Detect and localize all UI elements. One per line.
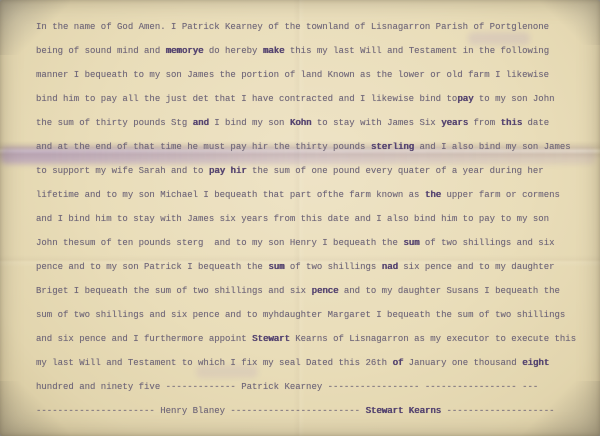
typed-text: pence and to my son Patrick I bequeath t…: [36, 262, 268, 272]
overstruck-text: pence: [311, 286, 338, 296]
text-line: lifetime and to my son Michael I bequeat…: [36, 183, 580, 207]
overstruck-text: Stewart Kearns: [365, 406, 441, 416]
typed-text: bind him to pay all the just det that I …: [36, 94, 457, 104]
overstruck-text: this: [501, 118, 523, 128]
typed-text: being of sound mind and: [36, 46, 166, 56]
paper-sheet: In the name of God Amen. I Patrick Kearn…: [0, 0, 600, 436]
typed-text: and at the end of that time he must pay …: [36, 142, 371, 152]
typed-text: hundred and ninety five ------------- Pa…: [36, 382, 538, 392]
typed-text: sum of two shillings and six pence and t…: [36, 310, 565, 320]
typed-text: do hereby: [203, 46, 262, 56]
typed-text: of two shillings: [284, 262, 381, 272]
text-line: sum of two shillings and six pence and t…: [36, 303, 580, 327]
overstruck-text: make: [263, 46, 285, 56]
typed-text: and to my daughter Susans I bequeath the: [338, 286, 559, 296]
text-line: hundred and ninety five ------------- Pa…: [36, 375, 580, 399]
overstruck-text: and: [193, 118, 209, 128]
typed-text: upper farm or cormens: [441, 190, 560, 200]
typed-text: from: [468, 118, 500, 128]
typed-text: this my last Will and Testament in the f…: [284, 46, 549, 56]
text-line: the sum of thirty pounds Stg and I bind …: [36, 111, 580, 135]
document-text: In the name of God Amen. I Patrick Kearn…: [36, 15, 580, 423]
text-line: Briget I bequeath the sum of two shillin…: [36, 279, 580, 303]
typed-text: and six pence and I furthermore appoint: [36, 334, 252, 344]
typed-text: and I bind him to stay with James six ye…: [36, 214, 549, 224]
typed-text: date: [522, 118, 549, 128]
overstruck-text: memorye: [166, 46, 204, 56]
overstruck-text: of: [392, 358, 403, 368]
typed-text: to my son John: [473, 94, 554, 104]
typed-text: six pence and to my daughter: [398, 262, 555, 272]
typed-text: January one thousand: [403, 358, 522, 368]
typed-text: the sum of thirty pounds Stg: [36, 118, 193, 128]
overstruck-text: pay hir: [209, 166, 247, 176]
text-line: and six pence and I furthermore appoint …: [36, 327, 580, 351]
text-line: and at the end of that time he must pay …: [36, 135, 580, 159]
typed-text: In the name of God Amen. I Patrick Kearn…: [36, 22, 549, 32]
text-line: being of sound mind and memorye do hereb…: [36, 39, 580, 63]
overstruck-text: years: [441, 118, 468, 128]
overstruck-text: Stewart: [252, 334, 290, 344]
typed-text: of two shillings and six: [419, 238, 554, 248]
scanned-document: In the name of God Amen. I Patrick Kearn…: [0, 0, 600, 436]
typed-text: to stay with James Six: [311, 118, 441, 128]
overstruck-text: Kohn: [290, 118, 312, 128]
typed-text: John thesum of ten pounds sterg and to m…: [36, 238, 403, 248]
typed-text: the sum of one pound every quater of a y…: [247, 166, 544, 176]
typed-text: manner I bequeath to my son James the po…: [36, 70, 549, 80]
text-line: and I bind him to stay with James six ye…: [36, 207, 580, 231]
overstruck-text: sum: [268, 262, 284, 272]
text-line: bind him to pay all the just det that I …: [36, 87, 580, 111]
overstruck-text: sterling: [371, 142, 414, 152]
typed-text: ---------------------- Henry Blaney ----…: [36, 406, 365, 416]
typed-text: --------------------: [441, 406, 554, 416]
overstruck-text: the: [425, 190, 441, 200]
text-line: John thesum of ten pounds sterg and to m…: [36, 231, 580, 255]
text-line: my last Will and Testament to which I fi…: [36, 351, 580, 375]
text-line: to support my wife Sarah and to pay hir …: [36, 159, 580, 183]
text-line: In the name of God Amen. I Patrick Kearn…: [36, 15, 580, 39]
text-line: manner I bequeath to my son James the po…: [36, 63, 580, 87]
overstruck-text: nad: [382, 262, 398, 272]
overstruck-text: pay: [457, 94, 473, 104]
overstruck-text: sum: [403, 238, 419, 248]
typed-text: to support my wife Sarah and to: [36, 166, 209, 176]
typed-text: lifetime and to my son Michael I bequeat…: [36, 190, 425, 200]
typed-text: I bind my son: [209, 118, 290, 128]
typed-text: and I also bind my son James: [414, 142, 571, 152]
typed-text: Briget I bequeath the sum of two shillin…: [36, 286, 311, 296]
typed-text: Kearns of Lisnagarron as my executor to …: [290, 334, 576, 344]
text-line: ---------------------- Henry Blaney ----…: [36, 399, 580, 423]
typed-text: my last Will and Testament to which I fi…: [36, 358, 392, 368]
text-line: pence and to my son Patrick I bequeath t…: [36, 255, 580, 279]
overstruck-text: eight: [522, 358, 549, 368]
